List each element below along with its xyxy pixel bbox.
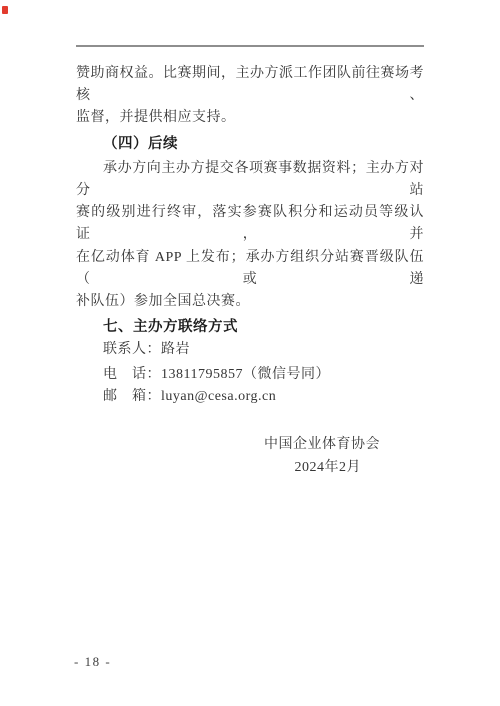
contact-phone-number: 13811795857 [161, 367, 243, 382]
section-4-paragraph-line: 补队伍）参加全国总决赛。 [76, 291, 424, 313]
contact-phone-row: 电 话：13811795857（微信号同） [76, 364, 424, 386]
contact-email-label: 邮 箱： [103, 389, 161, 404]
contact-person-name: 路岩 [161, 342, 190, 357]
intro-paragraph-line: 监督，并提供相应支持。 [76, 107, 424, 129]
contact-email-address: luyan@cesa.org.cn [161, 389, 276, 404]
section-4-paragraph-line: 承办方向主办方提交各项赛事数据资料；主办方对分站 [76, 158, 424, 202]
section-4-paragraph-line: 赛的级别进行终审，落实参赛队积分和运动员等级认证，并 [76, 202, 424, 246]
signature-date: 2024年2月 [76, 457, 424, 479]
section-7-heading: 七、主办方联络方式 [76, 316, 424, 338]
contact-phone-label: 电 话： [103, 367, 161, 382]
document-page: 赞助商权益。比赛期间，主办方派工作团队前往赛场考核、 监督，并提供相应支持。 （… [0, 0, 500, 706]
section-4-heading: （四）后续 [76, 133, 424, 155]
section-4-paragraph-line: 在亿动体育 APP 上发布；承办方组织分站赛晋级队伍（或递 [76, 247, 424, 291]
signature-organization: 中国企业体育协会 [76, 434, 424, 456]
red-corner-marker [2, 6, 8, 14]
contact-email-row: 邮 箱：luyan@cesa.org.cn [76, 386, 424, 408]
contact-phone-note: （微信号同） [243, 367, 330, 382]
page-number: - 18 - [74, 654, 111, 670]
contact-person-row: 联系人：路岩 [76, 339, 424, 361]
intro-paragraph-line: 赞助商权益。比赛期间，主办方派工作团队前往赛场考核、 [76, 63, 424, 107]
document-body: 赞助商权益。比赛期间，主办方派工作团队前往赛场考核、 监督，并提供相应支持。 （… [76, 63, 424, 479]
header-divider-rule [76, 45, 424, 47]
contact-person-label: 联系人： [103, 342, 161, 357]
